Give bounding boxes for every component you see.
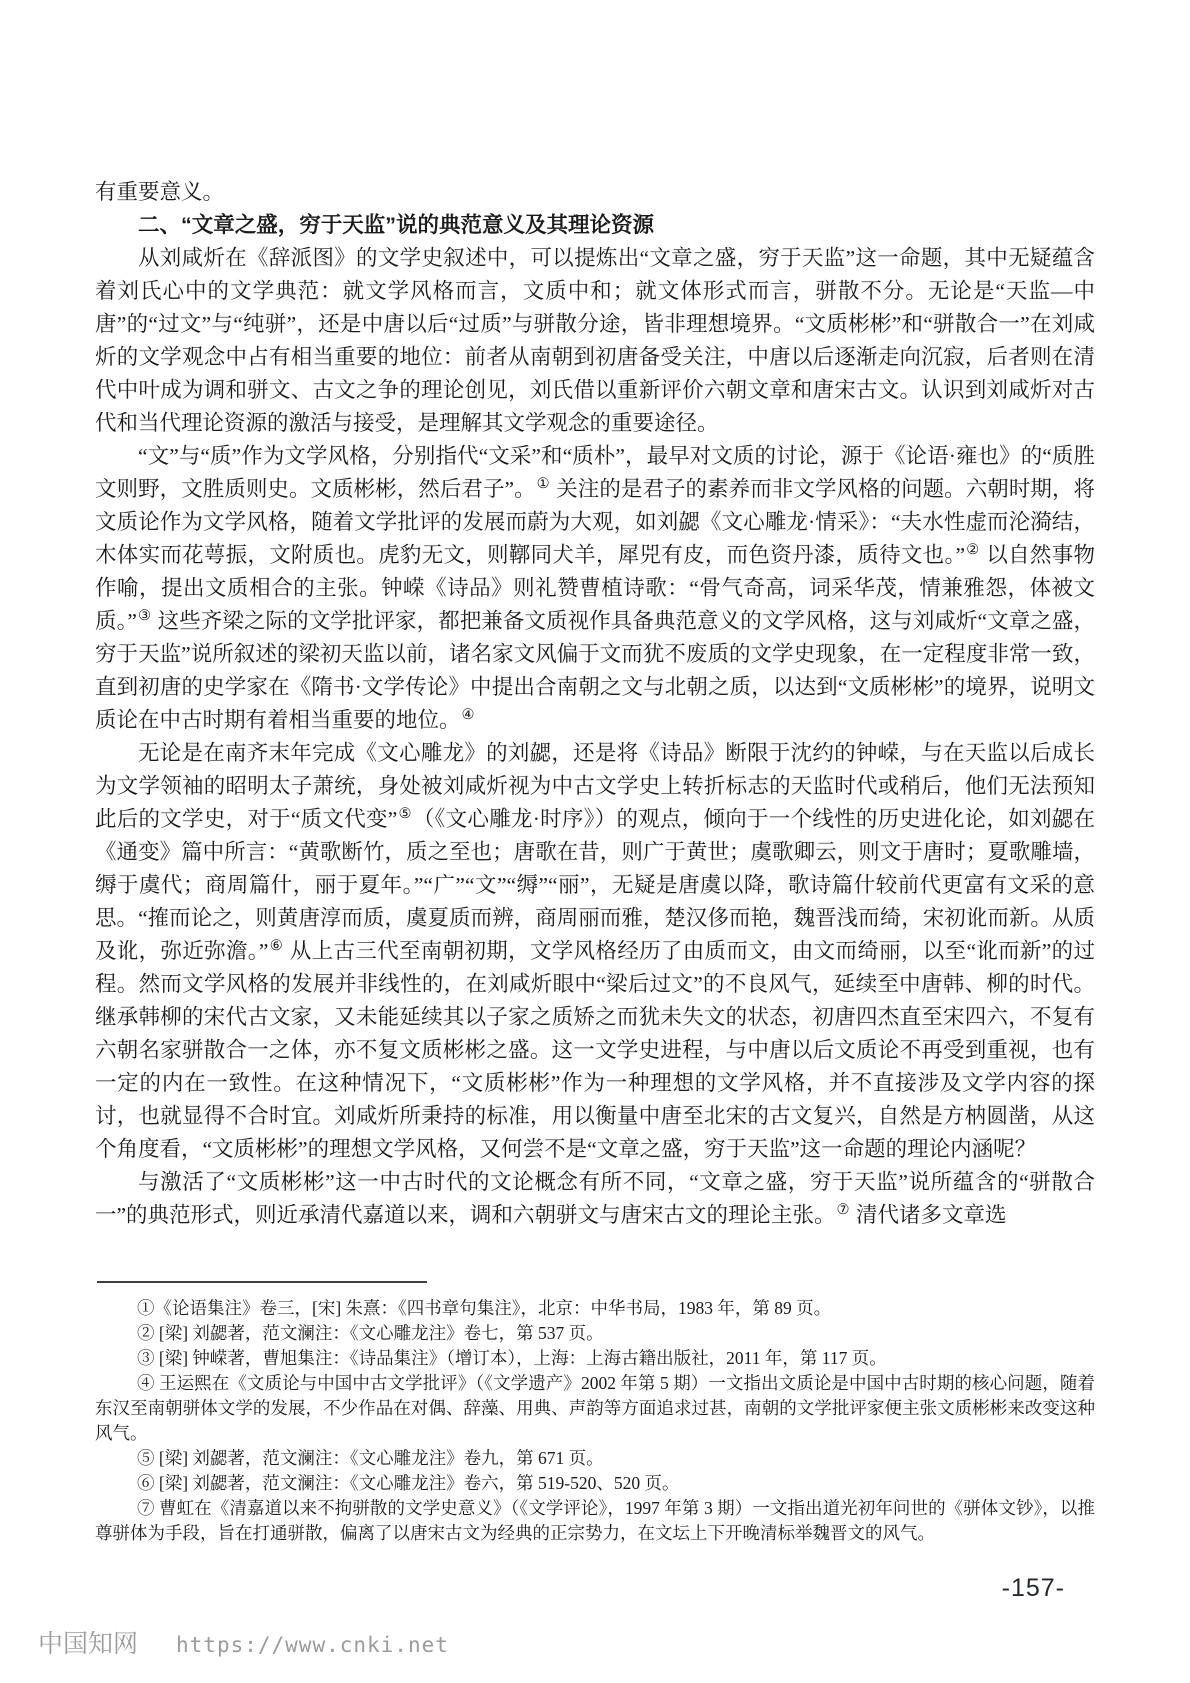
footnote-item: ⑦ 曹虹在《清嘉道以来不拘骈散的文学史意义》（《文学评论》，1997 年第 3 … (95, 1496, 1095, 1546)
footnote-ref: ⑤ (397, 806, 413, 822)
footnote-ref: ⑦ (836, 1202, 851, 1218)
paragraph: 从刘咸炘在《辞派图》的文学史叙述中，可以提炼出“文章之盛，穷于天监”这一命题，其… (95, 242, 1095, 440)
footnote-item: ② [梁] 刘勰著，范文澜注：《文心雕龙注》卷七，第 537 页。 (95, 1321, 1095, 1346)
footnote-list: ①《论语集注》卷三，[宋] 朱熹：《四书章句集注》，北京：中华书局，1983 年… (95, 1296, 1095, 1546)
footnote-divider (97, 1281, 427, 1283)
paragraph: 无论是在南齐末年完成《文心雕龙》的刘勰，还是将《诗品》断限于沈约的钟嵘，与在天监… (95, 737, 1095, 1166)
watermark: 中国知网 https://www.cnki.net (38, 1624, 449, 1660)
page-number: -157- (1002, 1574, 1065, 1603)
paragraph: “文”与“质”作为文学风格，分别指代“文采”和“质朴”，最早对文质的讨论，源于《… (95, 440, 1095, 737)
footnote-ref: ⑥ (268, 938, 284, 954)
footnote-item: ④ 王运熙在《文质论与中国中古文学批评》（《文学遗产》2002 年第 5 期）一… (95, 1371, 1095, 1446)
footnote-item: ③ [梁] 钟嵘著，曹旭集注：《诗品集注》（增订本），上海：上海古籍出版社，20… (95, 1346, 1095, 1371)
watermark-site-url: https://www.cnki.net (176, 1633, 449, 1657)
section-heading: 二、“文章之盛，穷于天监”说的典范意义及其理论资源 (95, 209, 1095, 242)
footnote-item: ⑤ [梁] 刘勰著，范文澜注：《文心雕龙注》卷九，第 671 页。 (95, 1446, 1095, 1471)
footnote-item: ①《论语集注》卷三，[宋] 朱熹：《四书章句集注》，北京：中华书局，1983 年… (95, 1296, 1095, 1321)
lead-fragment: 有重要意义。 (95, 176, 1095, 209)
article-paragraphs: 从刘咸炘在《辞派图》的文学史叙述中，可以提炼出“文章之盛，穷于天监”这一命题，其… (95, 242, 1095, 1232)
scanned-paper-page: { "page": { "number_label": "-157-", "wa… (0, 0, 1190, 1683)
footnote-item: ⑥ [梁] 刘勰著，范文澜注：《文心雕龙注》卷六，第 519-520、520 页… (95, 1471, 1095, 1496)
footnote-ref: ① (536, 476, 551, 492)
footnote-ref: ④ (461, 707, 476, 723)
footnotes-section: ①《论语集注》卷三，[宋] 朱熹：《四书章句集注》，北京：中华书局，1983 年… (95, 1281, 1095, 1546)
watermark-site-name: 中国知网 (38, 1624, 138, 1660)
article-body: 有重要意义。 二、“文章之盛，穷于天监”说的典范意义及其理论资源 从刘咸炘在《辞… (95, 176, 1095, 1232)
footnote-ref: ③ (137, 608, 152, 624)
footnote-ref: ② (965, 542, 981, 558)
paragraph: 与激活了“文质彬彬”这一中古时代的文论概念有所不同，“文章之盛，穷于天监”说所蕴… (95, 1166, 1095, 1232)
